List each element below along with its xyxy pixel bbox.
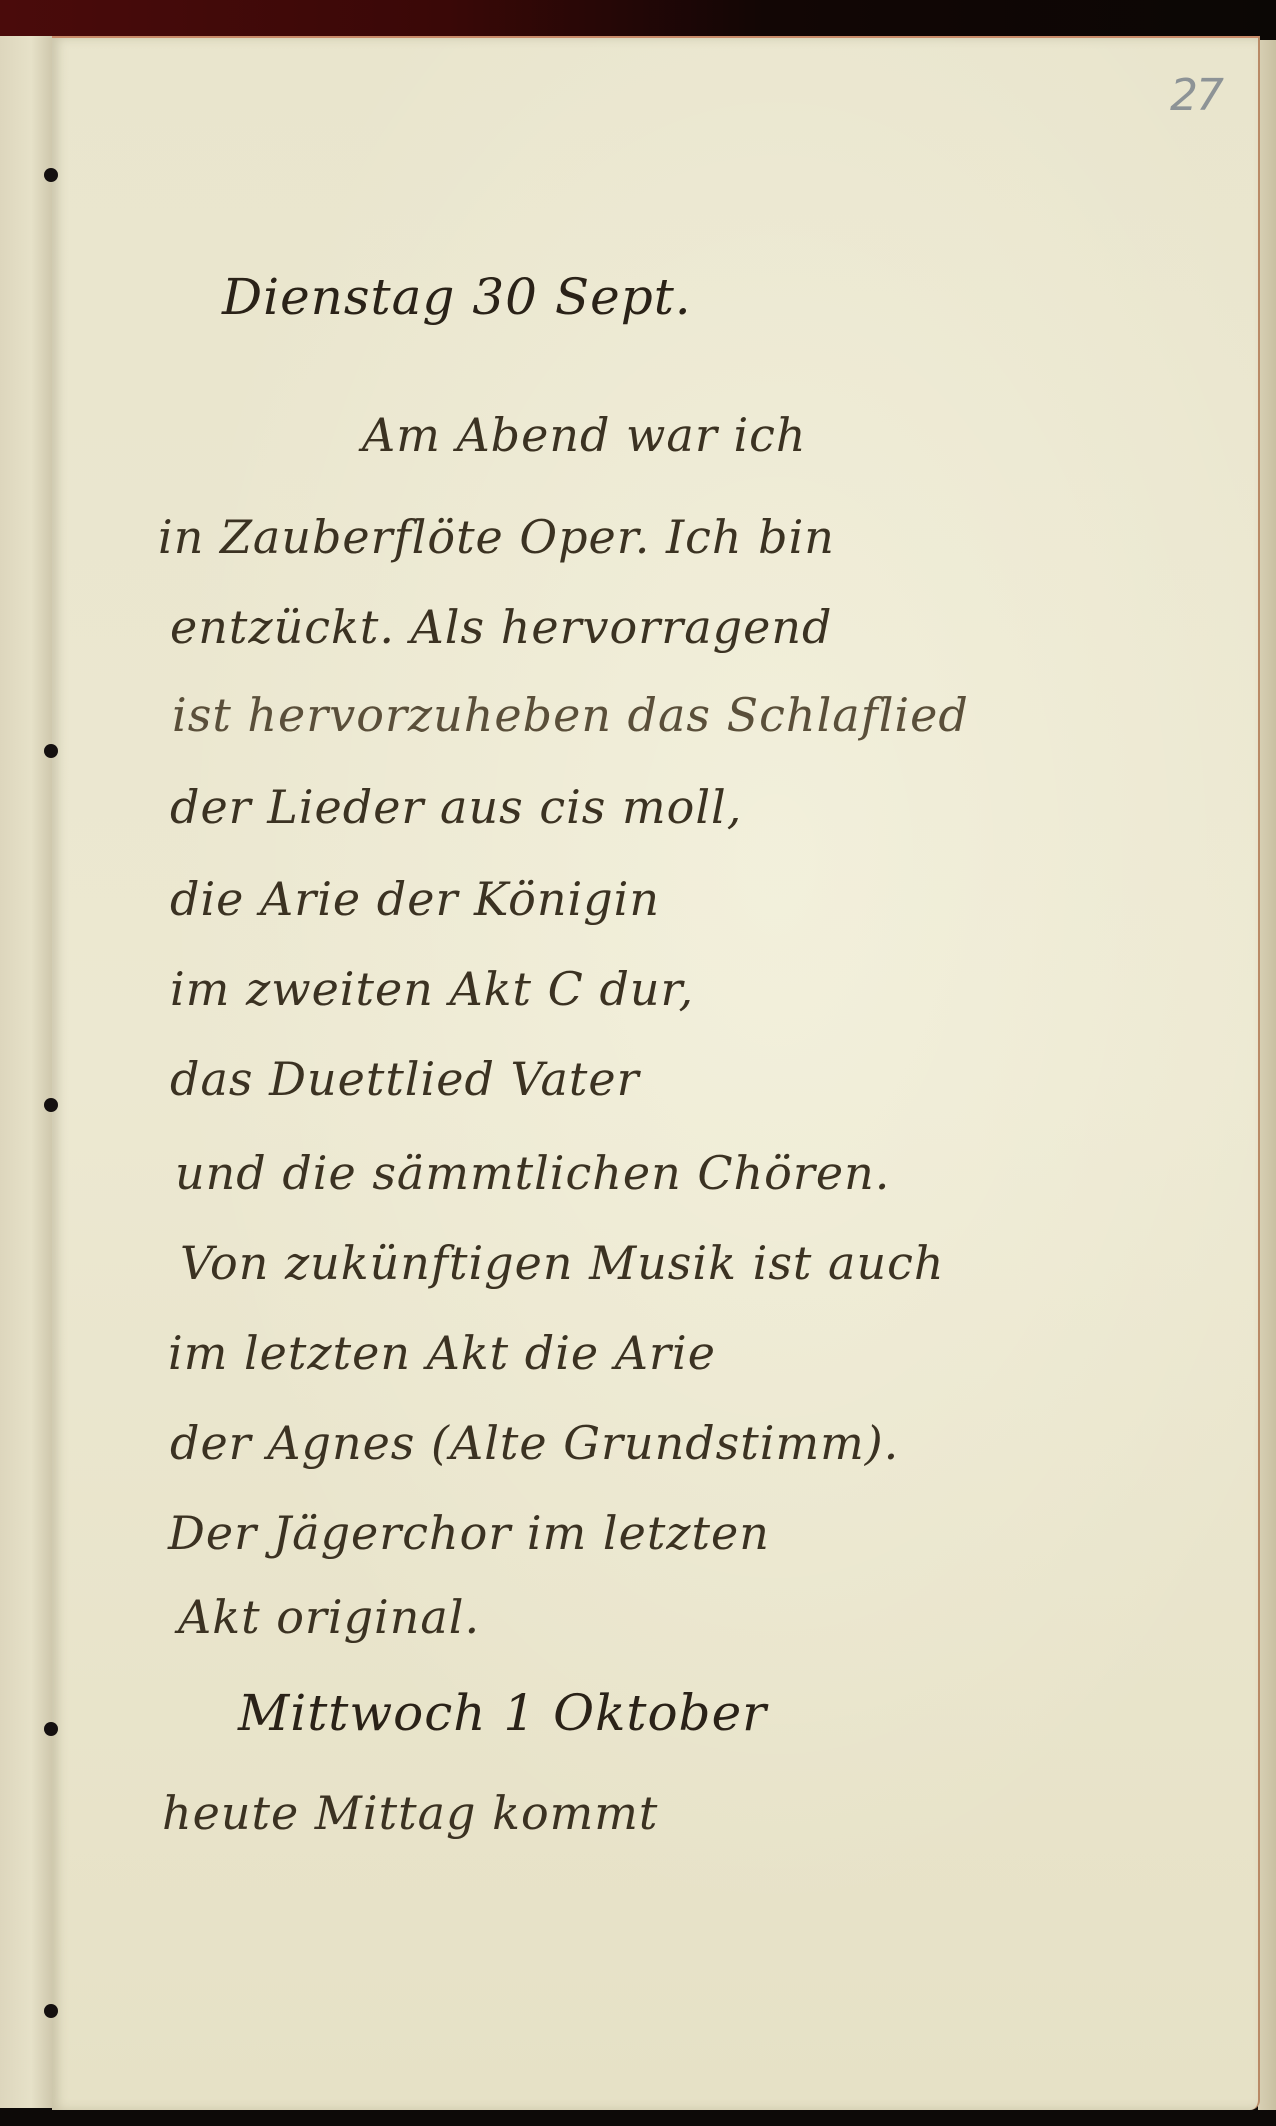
text-line: Von zukünftigen Musik ist auch xyxy=(180,1236,944,1290)
text-line: der Lieder aus cis moll, xyxy=(170,780,742,834)
text-line: und die sämmtlichen Chören. xyxy=(175,1146,890,1200)
binding-hole xyxy=(44,744,58,758)
text-line: Akt original. xyxy=(178,1590,480,1644)
binding-hole xyxy=(44,168,58,182)
folio-number: 27 xyxy=(1170,70,1222,121)
right-page-edges xyxy=(1258,40,1276,2110)
text-line: Der Jägerchor im letzten xyxy=(168,1506,770,1560)
text-line: im letzten Akt die Arie xyxy=(168,1326,716,1380)
text-line: in Zauberflöte Oper. Ich bin xyxy=(158,510,835,564)
binding-hole xyxy=(44,2004,58,2018)
binding-hole xyxy=(44,1722,58,1736)
text-line: das Duettlied Vater xyxy=(170,1052,640,1106)
entry-date-heading: Mittwoch 1 Oktober xyxy=(238,1684,767,1742)
left-page-edge xyxy=(0,36,53,2108)
text-line: der Agnes (Alte Grundstimm). xyxy=(170,1416,899,1470)
text-line: die Arie der Königin xyxy=(170,872,660,926)
text-line: ist hervorzuheben das Schlaflied xyxy=(172,688,969,742)
entry-date-heading: Dienstag 30 Sept. xyxy=(222,268,692,326)
book-cover-edge xyxy=(0,0,1276,40)
binding-hole xyxy=(44,1098,58,1112)
text-line: im zweiten Akt C dur, xyxy=(170,962,694,1016)
text-line: entzückt. Als hervorragend xyxy=(170,600,832,654)
text-line: Am Abend war ich xyxy=(362,408,807,462)
text-line: heute Mittag kommt xyxy=(162,1786,658,1840)
